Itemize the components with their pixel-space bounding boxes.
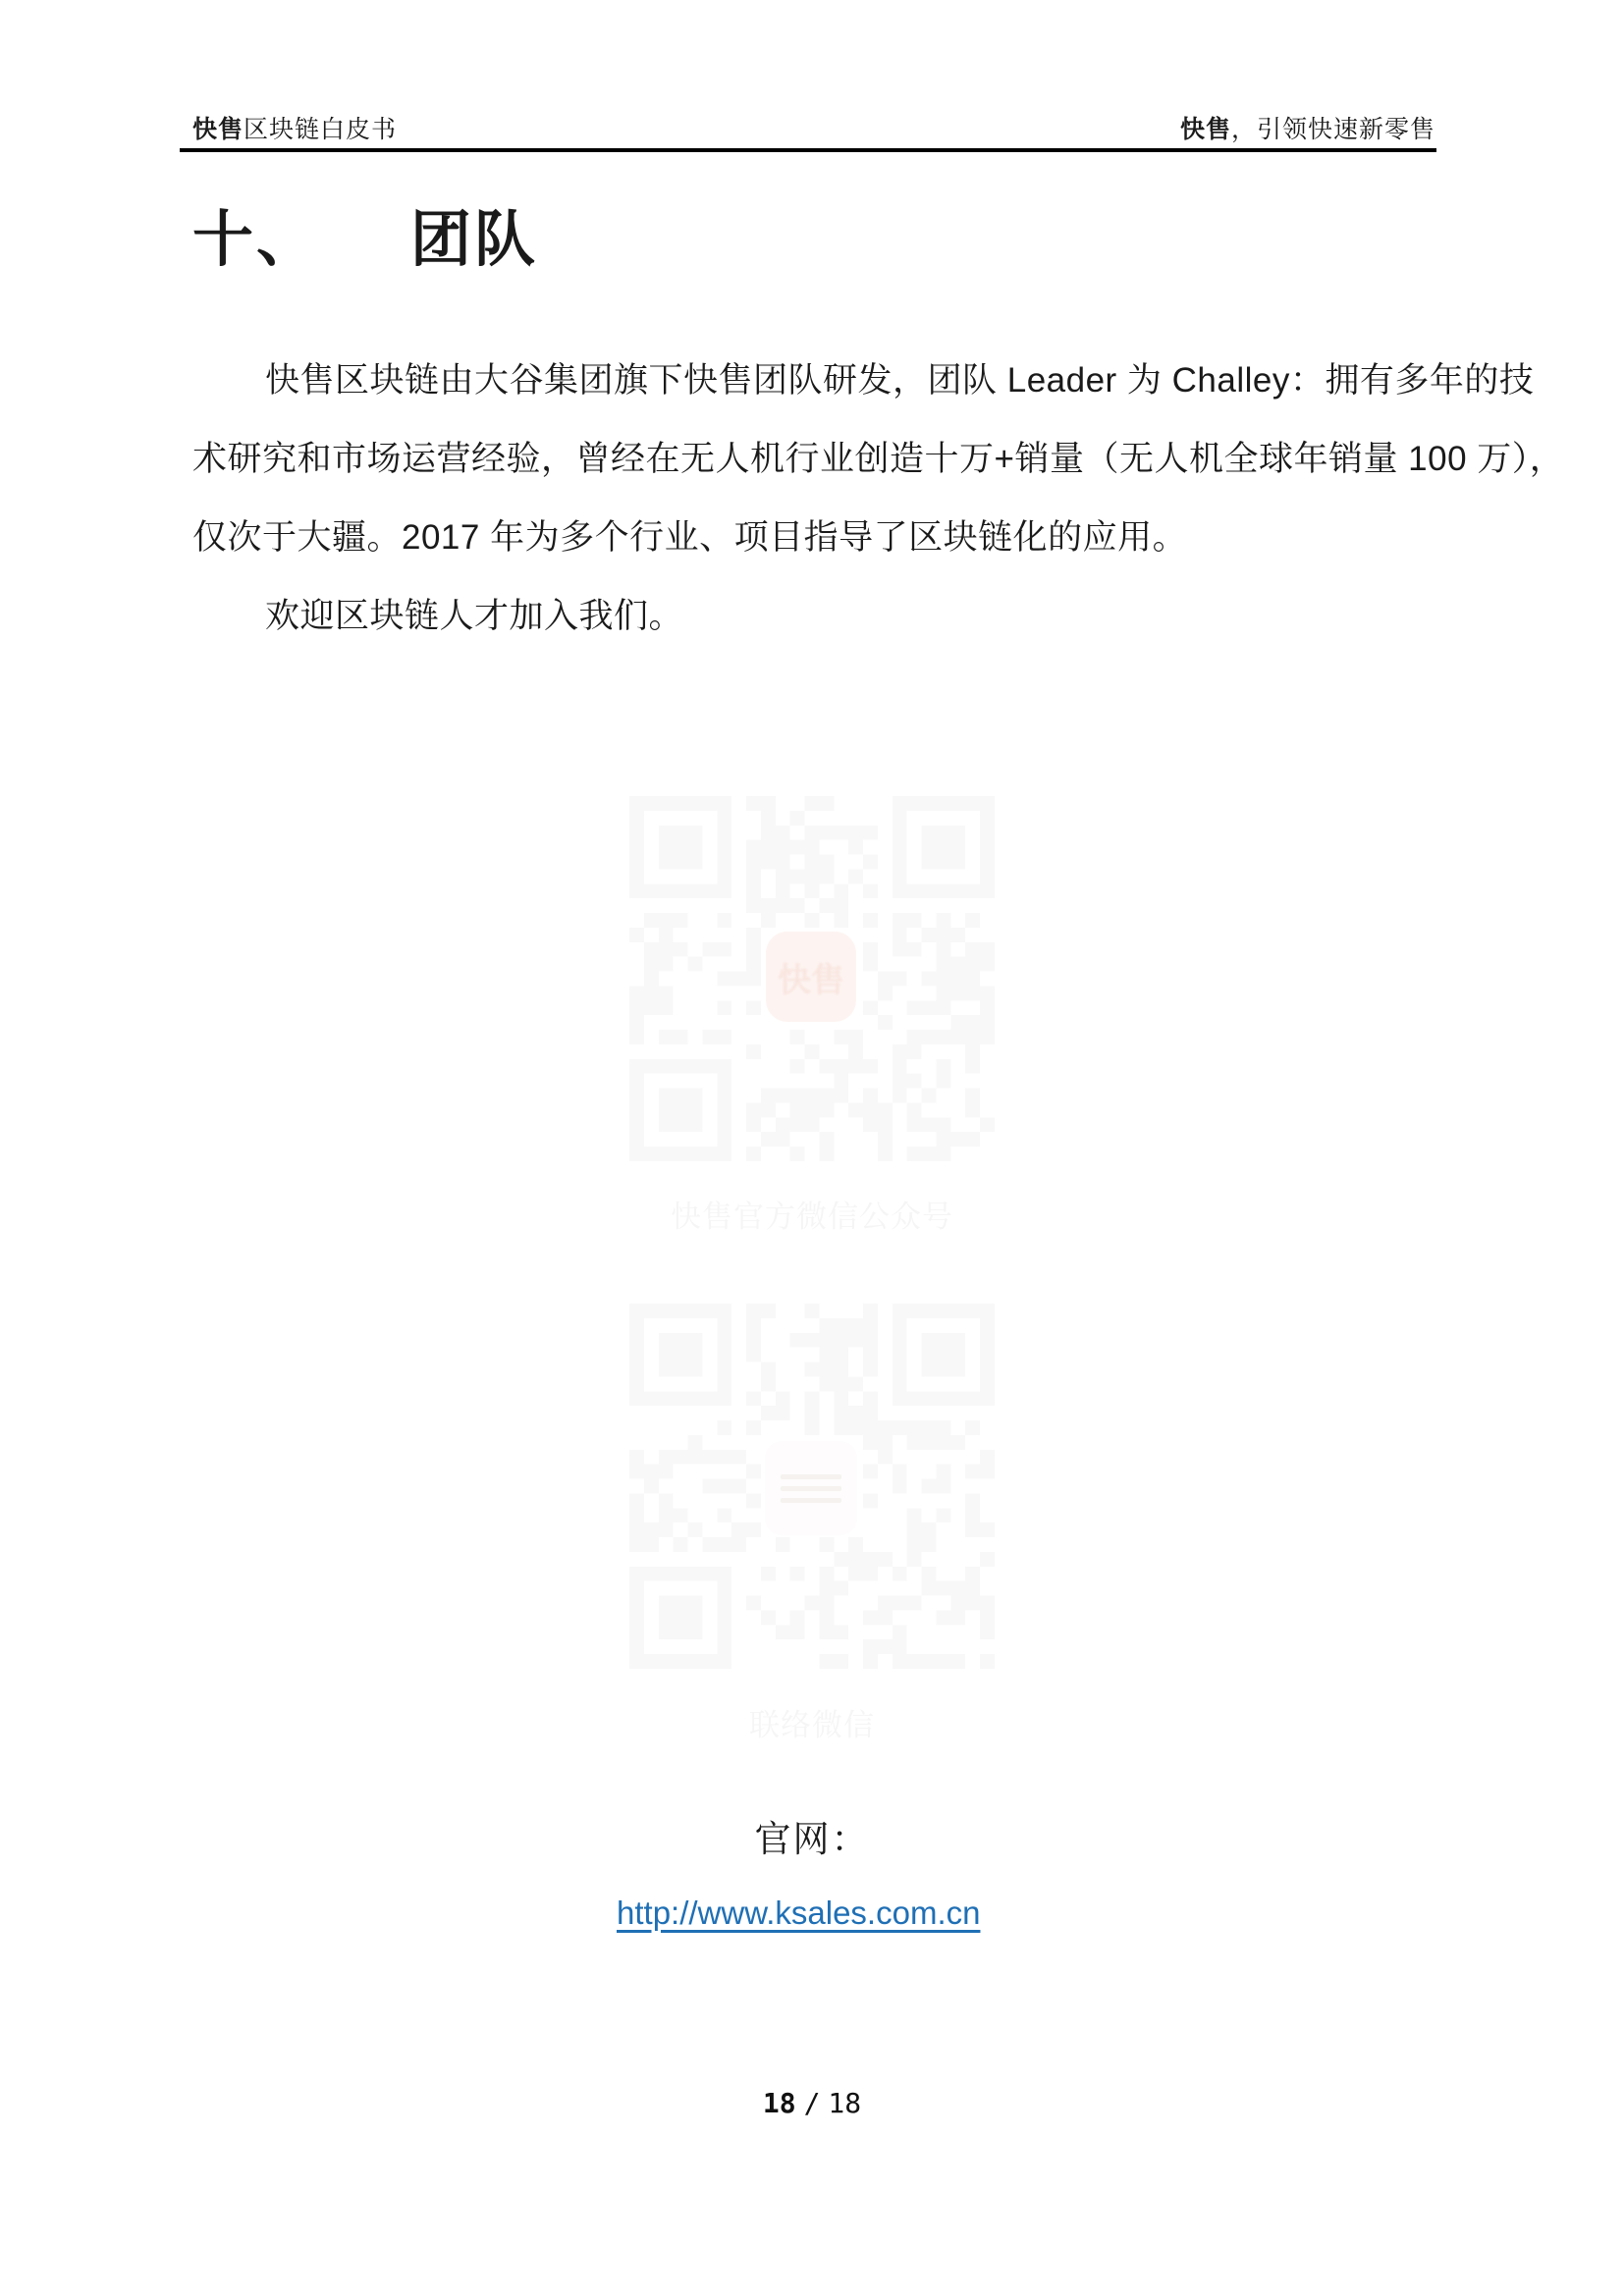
logo-sketch-line	[781, 1474, 841, 1479]
qr-center-logo-brand: 快售	[766, 932, 856, 1022]
header-left: 快售区块链白皮书	[192, 110, 397, 145]
paragraph-line: 仅次于大疆。2017 年为多个行业、项目指导了区块链化的应用。	[192, 499, 1454, 577]
header-right-brand: 快售	[1180, 116, 1231, 143]
page-number-separator: /	[804, 2087, 821, 2119]
website-link[interactable]: http://www.ksales.com.cn	[617, 1895, 980, 1931]
qr-caption-official: 快售官方微信公众号	[0, 1192, 1624, 1236]
page-title-text: 团队	[410, 206, 538, 274]
paragraph-line: 快售区块链由大谷集团旗下快售团队研发，团队 Leader 为 Challey：拥…	[192, 342, 1454, 420]
header-right-text: ，引领快速新零售	[1231, 116, 1435, 143]
qr-caption-contact: 联络微信	[0, 1700, 1624, 1744]
paragraph-line: 术研究和市场运营经验，曾经在无人机行业创造十万+销量（无人机全球年销量 100 …	[192, 420, 1454, 499]
website-link-container: http://www.ksales.com.cn	[617, 1895, 980, 1932]
document-page: 快售区块链白皮书 快售，引领快速新零售 十、团队 快售区块链由大谷集团旗下快售团…	[0, 0, 1624, 2296]
logo-sketch-line	[781, 1486, 841, 1491]
header-left-text: 区块链白皮书	[244, 116, 397, 143]
logo-sketch-line	[781, 1498, 841, 1503]
qr-center-logo-sketch	[765, 1441, 857, 1535]
page-title-number: 十、	[192, 206, 320, 274]
page-number-total: 18	[828, 2087, 861, 2119]
qr-logo-mark: 快售	[778, 953, 844, 1001]
page-number: 18/18	[0, 2087, 1624, 2119]
header-divider	[180, 148, 1436, 152]
body-paragraphs: 快售区块链由大谷集团旗下快售团队研发，团队 Leader 为 Challey：拥…	[192, 342, 1454, 656]
website-label: 官网：	[0, 1809, 1624, 1862]
header-right: 快售，引领快速新零售	[1180, 110, 1435, 145]
page-title: 十、团队	[192, 190, 538, 278]
page-number-current: 18	[763, 2087, 796, 2119]
header-left-brand: 快售	[192, 116, 244, 143]
paragraph-line: 欢迎区块链人才加入我们。	[192, 577, 1454, 656]
